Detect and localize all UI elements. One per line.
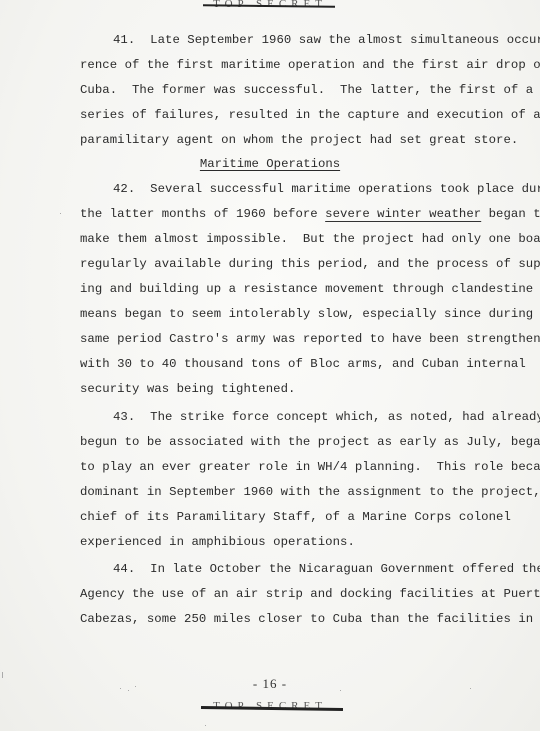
paragraph-42-line-1: 42. Several successful maritime operatio…	[113, 182, 540, 196]
paragraph-42-line-8: with 30 to 40 thousand tons of Bloc arms…	[80, 357, 526, 371]
paragraph-44-line-2: Agency the use of an air strip and docki…	[80, 587, 540, 601]
paragraph-42-line-4: regularly available during this period, …	[80, 257, 540, 271]
scan-speck	[340, 690, 341, 691]
page-number: - 16 -	[0, 676, 540, 692]
scan-speck	[135, 686, 136, 687]
paragraph-number: 41.	[113, 33, 135, 47]
document-page: TOP SECRET 41. Late September 1960 saw t…	[0, 0, 540, 731]
paragraph-41-line-2: rence of the first maritime operation an…	[80, 58, 540, 72]
paragraph-43-line-1: 43. The strike force concept which, as n…	[113, 410, 540, 424]
section-heading: Maritime Operations	[0, 157, 540, 171]
paragraph-number: 42.	[113, 182, 135, 196]
paragraph-41-line-1: 41. Late September 1960 saw the almost s…	[113, 33, 540, 47]
underlined-phrase: severe winter weather	[325, 207, 481, 221]
paragraph-44-line-1: 44. In late October the Nicaraguan Gover…	[113, 562, 540, 576]
paragraph-42-line-6: means began to seem intolerably slow, es…	[80, 307, 540, 321]
paragraph-42-line-3: make them almost impossible. But the pro…	[80, 232, 540, 246]
paragraph-44-line-3: Cabezas, some 250 miles closer to Cuba t…	[80, 612, 533, 626]
paragraph-42-line-9: security was being tightened.	[80, 382, 295, 396]
scan-speck	[128, 690, 129, 691]
paragraph-41-line-4: series of failures, resulted in the capt…	[80, 108, 540, 122]
scan-speck	[205, 725, 206, 726]
scan-speck	[120, 688, 121, 689]
paragraph-43-line-5: chief of its Paramilitary Staff, of a Ma…	[80, 510, 511, 524]
paragraph-number: 43.	[113, 410, 135, 424]
paragraph-42-line-7: same period Castro's army was reported t…	[80, 332, 540, 346]
scan-speck	[470, 688, 471, 689]
paragraph-41-line-3: Cuba. The former was successful. The lat…	[80, 83, 533, 97]
paragraph-number: 44.	[113, 562, 135, 576]
classification-footer: TOP SECRET	[0, 700, 540, 712]
paragraph-43-line-2: begun to be associated with the project …	[80, 435, 540, 449]
scan-speck	[2, 672, 3, 678]
paragraph-43-line-4: dominant in September 1960 with the assi…	[80, 485, 540, 499]
classification-header-text: TOP SECRET	[209, 0, 331, 10]
paragraph-41-line-5: paramilitary agent on whom the project h…	[80, 133, 518, 147]
classification-footer-text: TOP SECRET	[209, 700, 331, 712]
paragraph-43-line-3: to play an ever greater role in WH/4 pla…	[80, 460, 540, 474]
paragraph-42-line-2: the latter months of 1960 before severe …	[80, 207, 540, 221]
scan-speck	[60, 213, 61, 214]
paragraph-43-line-6: experienced in amphibious operations.	[80, 535, 355, 549]
paragraph-42-line-5: ing and building up a resistance movemen…	[80, 282, 533, 296]
classification-header: TOP SECRET	[0, 0, 540, 10]
